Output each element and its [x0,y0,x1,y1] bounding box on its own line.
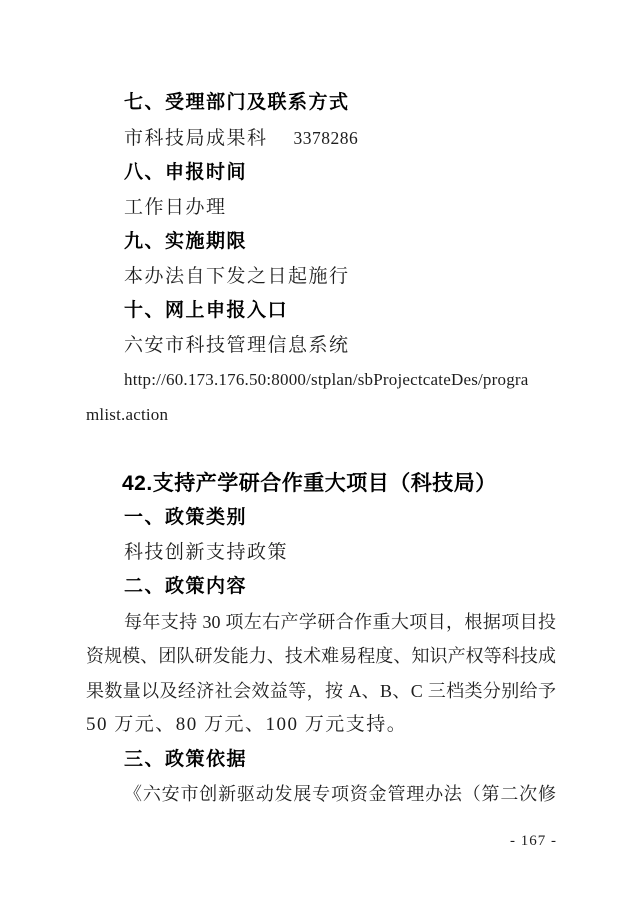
heading-accepting-department: 七、受理部门及联系方式 [86,86,556,121]
document-body: 七、受理部门及联系方式 市科技局成果科3378286 八、申报时间 工作日办理 … [86,86,556,812]
policy-basis-line-1: 《六安市创新驱动发展专项资金管理办法（第二次修 [86,777,556,812]
policy-category-text: 科技创新支持政策 [86,536,556,571]
online-system-name: 六安市科技管理信息系统 [86,329,556,364]
policy-content-line-1: 每年支持 30 项左右产学研合作重大项目，根据项目投 [86,605,556,640]
policy-content-line-3: 果数量以及经济社会效益等，按 A、B、C 三档类分别给予 [86,674,556,709]
contact-phone: 3378286 [294,128,359,148]
heading-policy-content: 二、政策内容 [86,570,556,605]
policy-content-line-2: 资规模、团队研发能力、技术难易程度、知识产权等科技成 [86,639,556,674]
section-42-title: 42.支持产学研合作重大项目（科技局） [86,467,556,502]
implementation-period-text: 本办法自下发之日起施行 [86,260,556,295]
policy-content-line-4: 50 万元、80 万元、100 万元支持。 [86,708,556,743]
contact-line: 市科技局成果科3378286 [86,121,556,157]
entry-url-line-1: http://60.173.176.50:8000/stplan/sbProje… [86,363,556,398]
entry-url-line-2: mlist.action [86,398,556,433]
document-page: 七、受理部门及联系方式 市科技局成果科3378286 八、申报时间 工作日办理 … [0,0,642,907]
heading-online-application-entry: 十、网上申报入口 [86,294,556,329]
heading-implementation-period: 九、实施期限 [86,225,556,260]
heading-policy-basis: 三、政策依据 [86,743,556,778]
contact-department: 市科技局成果科 [124,128,268,149]
application-time-text: 工作日办理 [86,191,556,226]
heading-application-time: 八、申报时间 [86,156,556,191]
page-number: - 167 - [510,833,557,850]
blank-line [86,432,556,467]
heading-policy-category: 一、政策类别 [86,501,556,536]
